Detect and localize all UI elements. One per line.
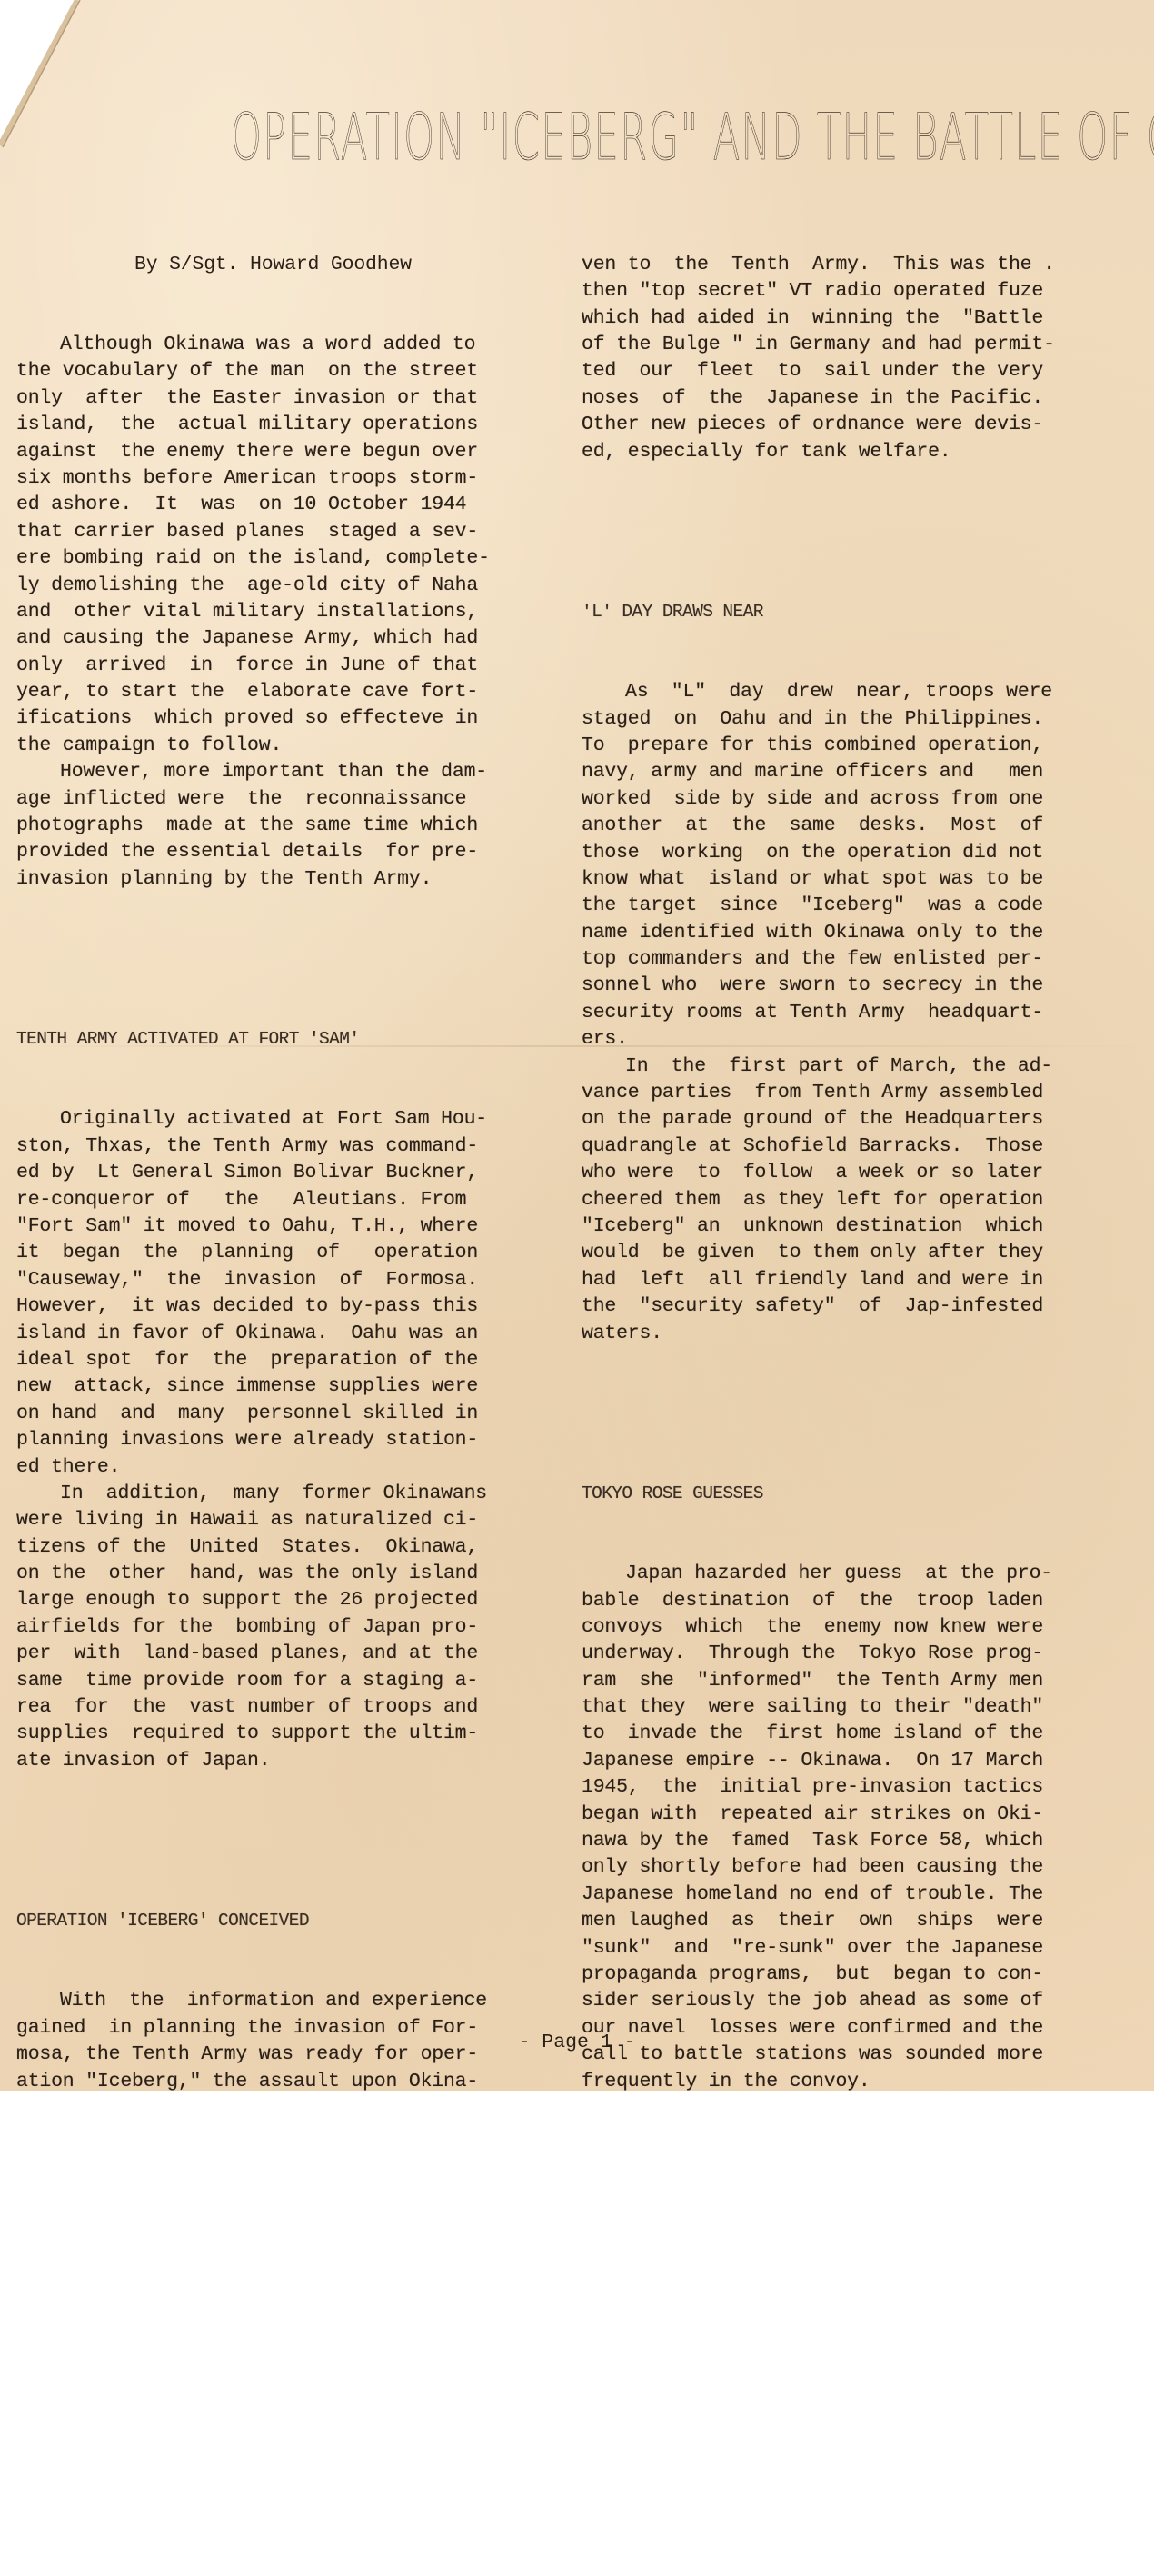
text-line: to invade the first home island of the [582,1721,1138,1747]
text-line: that carrier based planes staged a sev- [16,519,571,545]
text-line: invasion planning by the Tenth Army. [16,866,571,893]
text-line: on the parade ground of the Headquarters [582,1106,1138,1133]
text-line: the campaign to follow. [16,733,571,759]
text-line: provided the essential details for pre- [16,839,571,865]
text-line: ate invasion of Japan. [16,1748,571,1774]
text-line: worked side by side and across from one [582,786,1138,813]
text-line: ed there. [16,1454,571,1481]
text-line: per with land-based planes, and at the [16,1641,571,1667]
text-line: In the first part of March, the ad- [582,1053,1138,1080]
text-line: which had aided in winning the "Battle [582,305,1138,332]
text-line: Japanese empire -- Okinawa. On 17 March [582,1748,1138,1774]
section-gap [16,946,571,973]
text-line: ram she "informed" the Tenth Army men [582,1668,1138,1694]
text-line: convoys which the enemy now knew were [582,1614,1138,1641]
text-line: ers. [582,1026,1138,1053]
text-line: island in favor of Okinawa. Oahu was an [16,1321,571,1347]
section-heading-iceberg-conceived: OPERATION 'ICEBERG' CONCEIVED [16,1908,571,1934]
text-line: the "security safety" of Jap-infested [582,1293,1138,1320]
text-line: As "L" day drew near, troops were [582,679,1138,705]
text-line: Although Okinawa was a word added to [16,332,571,358]
text-line: With the information and experience [16,1988,571,2014]
text-line: six months before American troops storm- [16,465,571,492]
text-line: ideal spot for the preparation of the [16,1347,571,1373]
text-line: new attack, since immense supplies were [16,1373,571,1400]
text-line: re-conqueror of the Aleutians. From [16,1187,571,1213]
right-column: ven to the Tenth Army. This was the .the… [582,198,1138,2091]
text-line: quadrangle at Schofield Barracks. Those [582,1133,1138,1160]
text-line: against the enemy there were begun over [16,439,571,465]
text-line: same time provide room for a staging a- [16,1668,571,1694]
text-line: underway. Through the Tokyo Rose prog- [582,1641,1138,1667]
text-line: rea for the vast number of troops and [16,1694,571,1721]
text-line: Other new pieces of ordnance were devis- [582,412,1138,438]
text-line: However, it was decided to by-pass this [16,1293,571,1320]
text-line: island, the actual military operations [16,412,571,438]
document-title: OPERATION "ICEBERG" AND THE BATTLE OF OK… [231,87,924,187]
text-line: know what island or what spot was to be [582,866,1138,893]
left-column: By S/Sgt. Howard Goodhew Although Okinaw… [16,198,571,2091]
text-line: ed, especially for tank welfare. [582,439,1138,465]
text-line: then "top secret" VT radio operated fuze [582,278,1138,305]
text-line: nawa by the famed Task Force 58, which [582,1828,1138,1854]
text-line: on the other hand, was the only island [16,1561,571,1587]
text-line: tizens of the United States. Okinawa, [16,1534,571,1561]
text-line: Japan hazarded her guess at the pro- [582,1561,1138,1587]
section-gap [16,1828,571,1854]
text-line: were living in Hawaii as naturalized ci- [16,1507,571,1533]
text-line: name identified with Okinawa only to the [582,920,1138,946]
text-line: "Fort Sam" it moved to Oahu, T.H., where [16,1213,571,1240]
text-line: ed ashore. It was on 10 October 1944 [16,492,571,518]
byline: By S/Sgt. Howard Goodhew [16,252,571,278]
text-line: supplies required to support the ultim- [16,1721,571,1747]
text-line: men laughed as their own ships were [582,1908,1138,1934]
right-section-vt-fuze: ven to the Tenth Army. This was the .the… [582,252,1138,465]
section-heading-tokyo-rose: TOKYO ROSE GUESSES [582,1481,1138,1507]
text-line: and other vital military installations, [16,599,571,625]
text-line: only arrived in force in June of that [16,653,571,679]
text-line: of the Bulge " in Germany and had permit… [582,332,1138,358]
text-line: "sunk" and "re-sunk" over the Japanese [582,1935,1138,1962]
text-line: age inflicted were the reconnaissance [16,786,571,813]
text-line: ere bombing raid on the island, complete… [16,545,571,572]
text-line: planning invasions were already station- [16,1427,571,1453]
text-line: and causing the Japanese Army, which had [16,625,571,652]
text-line: However, more important than the dam- [16,759,571,785]
text-line: Originally activated at Fort Sam Hou- [16,1106,571,1133]
text-line: vance parties from Tenth Army assembled [582,1080,1138,1106]
text-line: ted our fleet to sail under the very [582,358,1138,384]
section-heading-tenth-army: TENTH ARMY ACTIVATED AT FORT 'SAM' [16,1026,571,1053]
text-line: would be given to them only after they [582,1240,1138,1266]
text-line: sider seriously the job ahead as some of [582,1988,1138,2014]
text-line: on hand and many personnel skilled in [16,1401,571,1427]
text-line: only shortly before had been causing the [582,1854,1138,1881]
text-line: bable destination of the troop laden [582,1588,1138,1614]
text-line: "Iceberg" an unknown destination which [582,1213,1138,1240]
text-line: navy, army and marine officers and men [582,759,1138,785]
text-line: waters. [582,1321,1138,1347]
text-line: propaganda programs, but began to con- [582,1962,1138,1988]
text-line: ifications which proved so effecteve in [16,705,571,732]
section-gap [582,1401,1138,1427]
text-line: who were to follow a week or so later [582,1160,1138,1186]
text-line: In addition, many former Okinawans [16,1481,571,1507]
text-line: began with repeated air strikes on Oki- [582,1802,1138,1828]
text-line: ed by Lt General Simon Bolivar Buckner, [16,1160,571,1186]
text-line: had left all friendly land and were in [582,1267,1138,1293]
text-line: photographs made at the same time which [16,813,571,839]
text-line: those working on the operation did not [582,840,1138,866]
left-section-tenth-army: Originally activated at Fort Sam Hou-sto… [16,1106,571,1774]
right-section-l-day: As "L" day drew near, troops werestaged … [582,679,1138,1347]
text-line: security rooms at Tenth Army headquart- [582,1000,1138,1026]
page-number: - Page 1 - [0,2032,1154,2053]
text-line: top commanders and the few enlisted per- [582,946,1138,973]
text-line: only after the Easter invasion or that [16,385,571,412]
text-line: To prepare for this combined operation, [582,733,1138,759]
text-line: year, to start the elaborate cave fort- [16,679,571,705]
text-line: the vocabulary of the man on the street [16,358,571,384]
text-line: another at the same desks. Most of [582,813,1138,839]
text-line: ven to the Tenth Army. This was the . [582,252,1138,278]
text-line: staged on Oahu and in the Philippines. [582,706,1138,733]
text-line: large enough to support the 26 projected [16,1587,571,1613]
text-line: ation "Iceberg," the assault upon Okina- [16,2069,571,2091]
text-line: frequently in the convoy. [582,2069,1138,2091]
text-line: 1945, the initial pre-invasion tactics [582,1774,1138,1801]
text-line: that they were sailing to their "death" [582,1694,1138,1721]
text-line: it began the planning of operation [16,1240,571,1266]
right-section-tokyo-rose: Japan hazarded her guess at the pro-babl… [582,1561,1138,2091]
text-line: noses of the Japanese in the Pacific. [582,385,1138,412]
text-line: cheered them as they left for operation [582,1187,1138,1213]
text-line: ston, Thxas, the Tenth Army was command- [16,1133,571,1160]
section-gap [582,519,1138,545]
text-line: Japanese homeland no end of trouble. The [582,1882,1138,1908]
section-heading-l-day: 'L' DAY DRAWS NEAR [582,599,1138,625]
left-section-intro: Although Okinawa was a word added tothe … [16,332,571,893]
text-line: the target since "Iceberg" was a code [582,893,1138,919]
text-line: airfields for the bombing of Japan pro- [16,1614,571,1641]
text-line: ly demolishing the age-old city of Naha [16,573,571,599]
text-line: "Causeway," the invasion of Formosa. [16,1267,571,1293]
typed-document-page: OPERATION "ICEBERG" AND THE BATTLE OF OK… [0,0,1154,2091]
text-line: sonnel who were sworn to secrecy in the [582,973,1138,999]
